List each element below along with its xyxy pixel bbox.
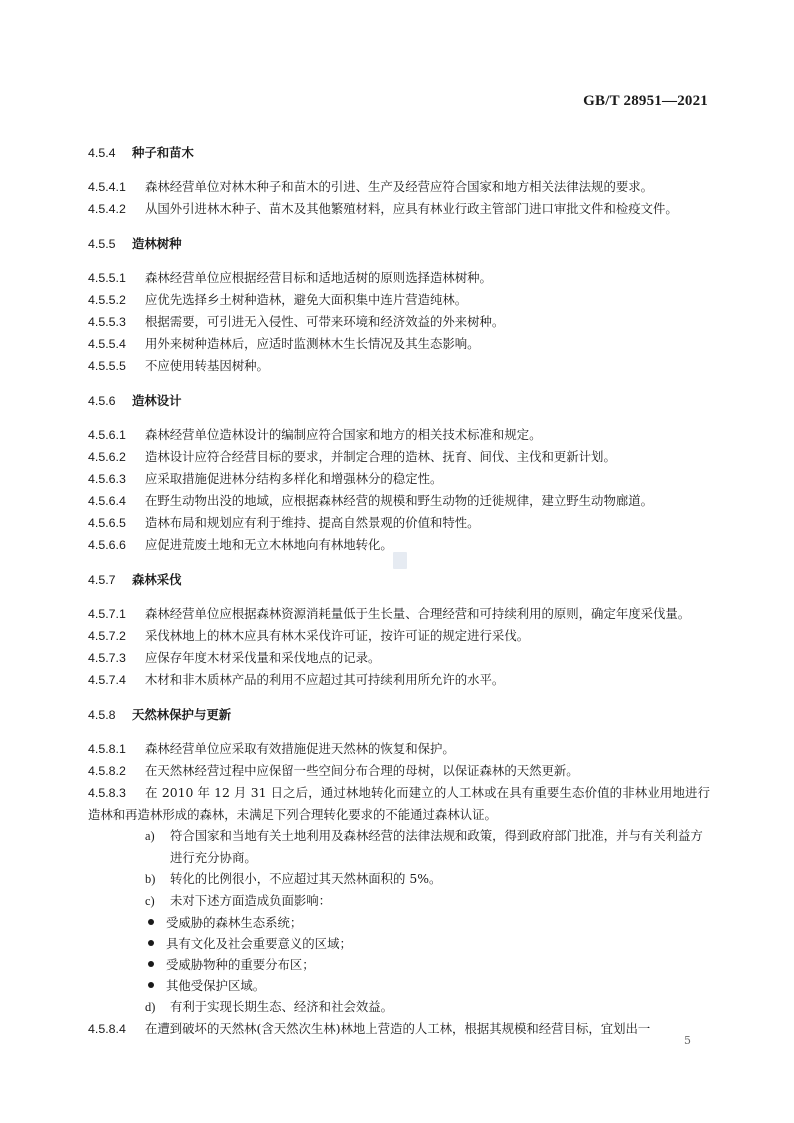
sub-item-text: 未对下述方面造成负面影响： (170, 893, 331, 908)
sub-item-b: b)转化的比例很小，不应超过其天然林面积的 5%。 (88, 868, 710, 890)
clause-item: 4.5.6.5造林布局和规划应有利于维持、提高自然景观的价值和特性。 (88, 512, 710, 534)
section-4-5-5: 4.5.5造林树种 4.5.5.1森林经营单位应根据经营目标和适地适树的原则选择… (88, 233, 710, 377)
clause-item: 4.5.5.2应优先选择乡土树种造林，避免大面积集中连片营造纯林。 (88, 289, 710, 311)
sub-item-text: 符合国家和当地有关土地利用及森林经营的法律法规和政策，得到政府部门批准，并与有关… (170, 828, 703, 865)
clause-text: 在天然林经营过程中应保留一些空间分布合理的母树，以保证森林的天然更新。 (145, 763, 579, 778)
clause-text: 森林经营单位应根据森林资源消耗量低于生长量、合理经营和可持续利用的原则，确定年度… (145, 606, 690, 621)
clause-item: 4.5.8.3在 2010 年 12 月 31 日之后，通过林地转化而建立的人工… (88, 782, 710, 825)
clause-item: 4.5.5.5不应使用转基因树种。 (88, 355, 710, 377)
clause-item: 4.5.7.2采伐林地上的林木应具有林木采伐许可证，按许可证的规定进行采伐。 (88, 625, 710, 647)
section-title: 造林设计 (132, 393, 182, 408)
clause-text: 森林经营单位应采取有效措施促进天然林的恢复和保护。 (145, 741, 455, 756)
section-4-5-6: 4.5.6造林设计 4.5.6.1森林经营单位造林设计的编制应符合国家和地方的相… (88, 390, 710, 556)
bullet-dot-icon (148, 940, 154, 946)
clause-text: 采伐林地上的林木应具有林木采伐许可证，按许可证的规定进行采伐。 (145, 628, 529, 643)
clause-text: 应优先选择乡土树种造林，避免大面积集中连片营造纯林。 (145, 292, 467, 307)
clause-item: 4.5.4.2从国外引进林木种子、苗木及其他繁殖材料，应具有林业行政主管部门进口… (88, 198, 710, 220)
section-heading: 4.5.6造林设计 (88, 390, 710, 411)
clause-text: 木材和非木质林产品的利用不应超过其可持续利用所允许的水平。 (145, 672, 504, 687)
clause-number: 4.5.5.4 (88, 334, 145, 355)
bullet-dot-icon (148, 919, 154, 925)
clause-number: 4.5.8.3 (88, 783, 145, 804)
clause-number: 4.5.4.1 (88, 177, 145, 198)
clause-text: 应采取措施促进林分结构多样化和增强林分的稳定性。 (145, 471, 442, 486)
bullet-item: 受威胁物种的重要分布区； (88, 954, 710, 975)
section-number: 4.5.7 (88, 570, 132, 591)
clause-item: 4.5.6.2造林设计应符合经营目标的要求，并制定合理的造林、抚育、间伐、主伐和… (88, 446, 710, 468)
section-heading: 4.5.4种子和苗木 (88, 142, 710, 163)
bullet-text: 其他受保护区域。 (166, 978, 265, 993)
standard-code-header: GB/T 28951—2021 (583, 93, 708, 110)
clause-text: 在野生动物出没的地域，应根据森林经营的规模和野生动物的迁徙规律，建立野生动物廊道… (145, 493, 653, 508)
document-body: 4.5.4种子和苗木 4.5.4.1森林经营单位对林木种子和苗木的引进、生产及经… (88, 142, 710, 1053)
section-4-5-7: 4.5.7森林采伐 4.5.7.1森林经营单位应根据森林资源消耗量低于生长量、合… (88, 569, 710, 691)
clause-item: 4.5.6.3应采取措施促进林分结构多样化和增强林分的稳定性。 (88, 468, 710, 490)
clause-item: 4.5.7.3应保存年度木材采伐量和采伐地点的记录。 (88, 647, 710, 669)
sub-item-c: c)未对下述方面造成负面影响： (88, 890, 710, 912)
clause-number: 4.5.6.3 (88, 469, 145, 490)
clause-item: 4.5.8.1森林经营单位应采取有效措施促进天然林的恢复和保护。 (88, 738, 710, 760)
section-title: 造林树种 (132, 236, 182, 251)
clause-item: 4.5.8.4在遭到破坏的天然林(含天然次生林)林地上营造的人工林，根据其规模和… (88, 1018, 710, 1040)
clause-number: 4.5.8.2 (88, 761, 145, 782)
section-number: 4.5.6 (88, 391, 132, 412)
section-title: 森林采伐 (132, 572, 182, 587)
clause-item: 4.5.4.1森林经营单位对林木种子和苗木的引进、生产及经营应符合国家和地方相关… (88, 176, 710, 198)
clause-number: 4.5.6.5 (88, 513, 145, 534)
section-4-5-4: 4.5.4种子和苗木 4.5.4.1森林经营单位对林木种子和苗木的引进、生产及经… (88, 142, 710, 220)
clause-number: 4.5.7.2 (88, 626, 145, 647)
sub-item-label: c) (145, 891, 170, 912)
clause-number: 4.5.5.5 (88, 356, 145, 377)
clause-text: 从国外引进林木种子、苗木及其他繁殖材料，应具有林业行政主管部门进口审批文件和检疫… (145, 201, 678, 216)
bullet-item: 其他受保护区域。 (88, 975, 710, 996)
clause-number: 4.5.4.2 (88, 199, 145, 220)
clause-item: 4.5.8.2在天然林经营过程中应保留一些空间分布合理的母树，以保证森林的天然更… (88, 760, 710, 782)
section-title: 天然林保护与更新 (132, 707, 231, 722)
bullet-text: 具有文化及社会重要意义的区域； (166, 936, 352, 951)
clause-item: 4.5.5.4用外来树种造林后，应适时监测林木生长情况及其生态影响。 (88, 333, 710, 355)
clause-text: 用外来树种造林后，应适时监测林木生长情况及其生态影响。 (145, 336, 480, 351)
section-4-5-8: 4.5.8天然林保护与更新 4.5.8.1森林经营单位应采取有效措施促进天然林的… (88, 704, 710, 1040)
clause-text: 森林经营单位对林木种子和苗木的引进、生产及经营应符合国家和地方相关法律法规的要求… (145, 179, 653, 194)
page-number: 5 (684, 1034, 691, 1047)
clause-text: 森林经营单位应根据经营目标和适地适树的原则选择造林树种。 (145, 270, 492, 285)
section-number: 4.5.4 (88, 143, 132, 164)
clause-number: 4.5.8.1 (88, 739, 145, 760)
section-heading: 4.5.5造林树种 (88, 233, 710, 254)
sub-item-d: d)有利于实现长期生态、经济和社会效益。 (88, 996, 710, 1018)
clause-text: 造林设计应符合经营目标的要求，并制定合理的造林、抚育、间伐、主伐和更新计划。 (145, 449, 616, 464)
clause-item: 4.5.7.4木材和非木质林产品的利用不应超过其可持续利用所允许的水平。 (88, 669, 710, 691)
bullet-item: 受威胁的森林生态系统； (88, 912, 710, 933)
clause-item: 4.5.6.4在野生动物出没的地域，应根据森林经营的规模和野生动物的迁徙规律，建… (88, 490, 710, 512)
section-title: 种子和苗木 (132, 145, 194, 160)
clause-text: 造林布局和规划应有利于维持、提高自然景观的价值和特性。 (145, 515, 480, 530)
clause-text: 在遭到破坏的天然林(含天然次生林)林地上营造的人工林，根据其规模和经营目标，宜划… (145, 1021, 650, 1036)
clause-text: 应保存年度木材采伐量和采伐地点的记录。 (145, 650, 380, 665)
sub-item-label: a) (145, 826, 170, 847)
section-heading: 4.5.7森林采伐 (88, 569, 710, 590)
clause-item: 4.5.5.1森林经营单位应根据经营目标和适地适树的原则选择造林树种。 (88, 267, 710, 289)
sub-item-text: 有利于实现长期生态、经济和社会效益。 (170, 999, 393, 1014)
sub-item-label: d) (145, 997, 170, 1018)
clause-number: 4.5.6.2 (88, 447, 145, 468)
bullet-dot-icon (148, 961, 154, 967)
clause-number: 4.5.5.1 (88, 268, 145, 289)
clause-number: 4.5.5.2 (88, 290, 145, 311)
clause-text: 在 2010 年 12 月 31 日之后，通过林地转化而建立的人工林或在具有重要… (88, 785, 710, 822)
page-thumbnail-marker (393, 552, 407, 569)
clause-item: 4.5.7.1森林经营单位应根据森林资源消耗量低于生长量、合理经营和可持续利用的… (88, 603, 710, 625)
sub-item-a: a)符合国家和当地有关土地利用及森林经营的法律法规和政策，得到政府部门批准，并与… (88, 825, 710, 868)
sub-item-text: 转化的比例很小，不应超过其天然林面积的 5%。 (170, 871, 441, 886)
section-heading: 4.5.8天然林保护与更新 (88, 704, 710, 725)
sub-item-label: b) (145, 869, 170, 890)
section-number: 4.5.5 (88, 234, 132, 255)
clause-number: 4.5.5.3 (88, 312, 145, 333)
clause-number: 4.5.6.4 (88, 491, 145, 512)
bullet-text: 受威胁的森林生态系统； (166, 915, 302, 930)
bullet-dot-icon (148, 982, 154, 988)
bullet-item: 具有文化及社会重要意义的区域； (88, 933, 710, 954)
clause-number: 4.5.7.1 (88, 604, 145, 625)
clause-item: 4.5.6.1森林经营单位造林设计的编制应符合国家和地方的相关技术标准和规定。 (88, 424, 710, 446)
section-number: 4.5.8 (88, 705, 132, 726)
clause-item: 4.5.5.3根据需要，可引进无入侵性、可带来环境和经济效益的外来树种。 (88, 311, 710, 333)
clause-number: 4.5.6.1 (88, 425, 145, 446)
bullet-text: 受威胁物种的重要分布区； (166, 957, 315, 972)
clause-number: 4.5.8.4 (88, 1019, 145, 1040)
clause-text: 不应使用转基因树种。 (145, 358, 269, 373)
clause-text: 根据需要，可引进无入侵性、可带来环境和经济效益的外来树种。 (145, 314, 504, 329)
clause-text: 应促进荒废土地和无立木林地向有林地转化。 (145, 537, 393, 552)
clause-number: 4.5.6.6 (88, 535, 145, 556)
clause-text: 森林经营单位造林设计的编制应符合国家和地方的相关技术标准和规定。 (145, 427, 542, 442)
clause-number: 4.5.7.4 (88, 670, 145, 691)
clause-number: 4.5.7.3 (88, 648, 145, 669)
